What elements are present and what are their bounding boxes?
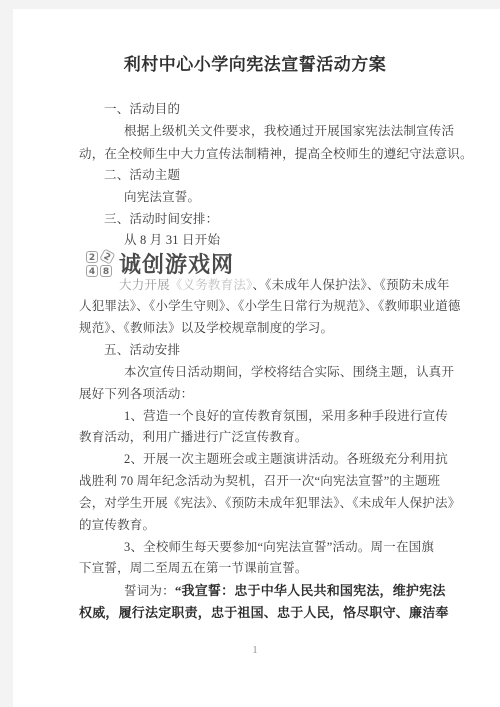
section-heading-5: 五、活动安排 bbox=[104, 342, 180, 359]
text-line: 规范》、《教师法》以及学校规章制度的学习。 bbox=[79, 320, 333, 337]
watermark-game-logo-icon: 2 2 4 8 bbox=[86, 251, 112, 277]
text-segment: 、《未成年人保护法》、《预防未成年 bbox=[252, 278, 449, 292]
text-faded: 《义务教育法》 bbox=[170, 278, 253, 292]
text-line: 动，在全校师生中大力宣传法制精神，提高全校师生的遵纪守法意识。 bbox=[79, 146, 473, 163]
text-line: 大力开展《义务教育法》、《未成年人保护法》、《预防未成年 bbox=[119, 277, 450, 294]
oath-text-bold: “我宣誓：忠于中华人民共和国宪法，维护宪法 bbox=[175, 583, 446, 598]
text-line: 本次宣传日活动期间，学校将结合实际、围绕主题，认真开 bbox=[124, 364, 454, 381]
text-line: 人犯罪法》、《小学生守则》、《小学生日常行为规范》、《教师职业道德 bbox=[79, 298, 461, 315]
section-heading-2: 二、活动主题 bbox=[104, 167, 180, 184]
document-page bbox=[13, 9, 500, 707]
document-canvas: 利村中心小学向宪法宣誓活动方案 一、活动目的 根据上级机关文件要求，我校通过开展… bbox=[0, 0, 500, 707]
oath-prefix: 誓词为： bbox=[124, 584, 175, 598]
list-item-2-line: 2、开展一次主题班会或主题演讲活动。各班级充分利用抗 bbox=[124, 451, 448, 468]
logo-tile: 8 bbox=[100, 265, 112, 277]
watermark: 2 2 4 8 诚创游戏网 bbox=[86, 248, 234, 279]
list-item-2-line: 战胜利 70 周年纪念活动为契机，召开一次“向宪法宣誓”的主题班 bbox=[79, 473, 440, 490]
watermark-site-name: 诚创游戏网 bbox=[119, 248, 234, 279]
text-line: 向宪法宣誓。 bbox=[124, 189, 200, 206]
text-line: 从 8 月 31 日开始 bbox=[124, 232, 220, 249]
section-heading-1: 一、活动目的 bbox=[104, 101, 180, 118]
list-item-1-line: 教育活动，利用广播进行广泛宣传教育。 bbox=[79, 429, 308, 446]
logo-tile: 4 bbox=[86, 265, 98, 277]
page-number: 1 bbox=[80, 645, 430, 656]
text-line: 展好下列各项活动： bbox=[79, 386, 193, 403]
list-item-3-line: 下宣誓，周二至周五在第一节课前宣誓。 bbox=[79, 560, 308, 577]
list-item-3-line: 3、全校师生每天要参加“向宪法宣誓”活动。周一在国旗 bbox=[124, 539, 434, 556]
section-heading-3: 三、活动时间安排： bbox=[104, 211, 218, 228]
oath-line: 誓词为：“我宣誓：忠于中华人民共和国宪法，维护宪法 bbox=[124, 582, 446, 600]
logo-tile: 2 bbox=[86, 251, 98, 263]
document-title: 利村中心小学向宪法宣誓活动方案 bbox=[80, 50, 430, 75]
logo-tile: 2 bbox=[99, 248, 115, 264]
list-item-2-line: 的宣传教育。 bbox=[79, 517, 155, 534]
list-item-2-line: 会，对学生开展《宪法》、《预防未成年犯罪法》、《未成年人保护法》 bbox=[79, 495, 460, 512]
text-line: 根据上级机关文件要求，我校通过开展国家宪法法制宣传活 bbox=[124, 123, 454, 140]
text-faded: 大力开展 bbox=[119, 278, 170, 292]
list-item-1-line: 1、营造一个良好的宣传教育氛围，采用多种手段进行宣传 bbox=[124, 408, 448, 425]
oath-line: 权威，履行法定职责，忠于祖国、忠于人民，恪尽职守、廉洁奉 bbox=[79, 604, 449, 621]
